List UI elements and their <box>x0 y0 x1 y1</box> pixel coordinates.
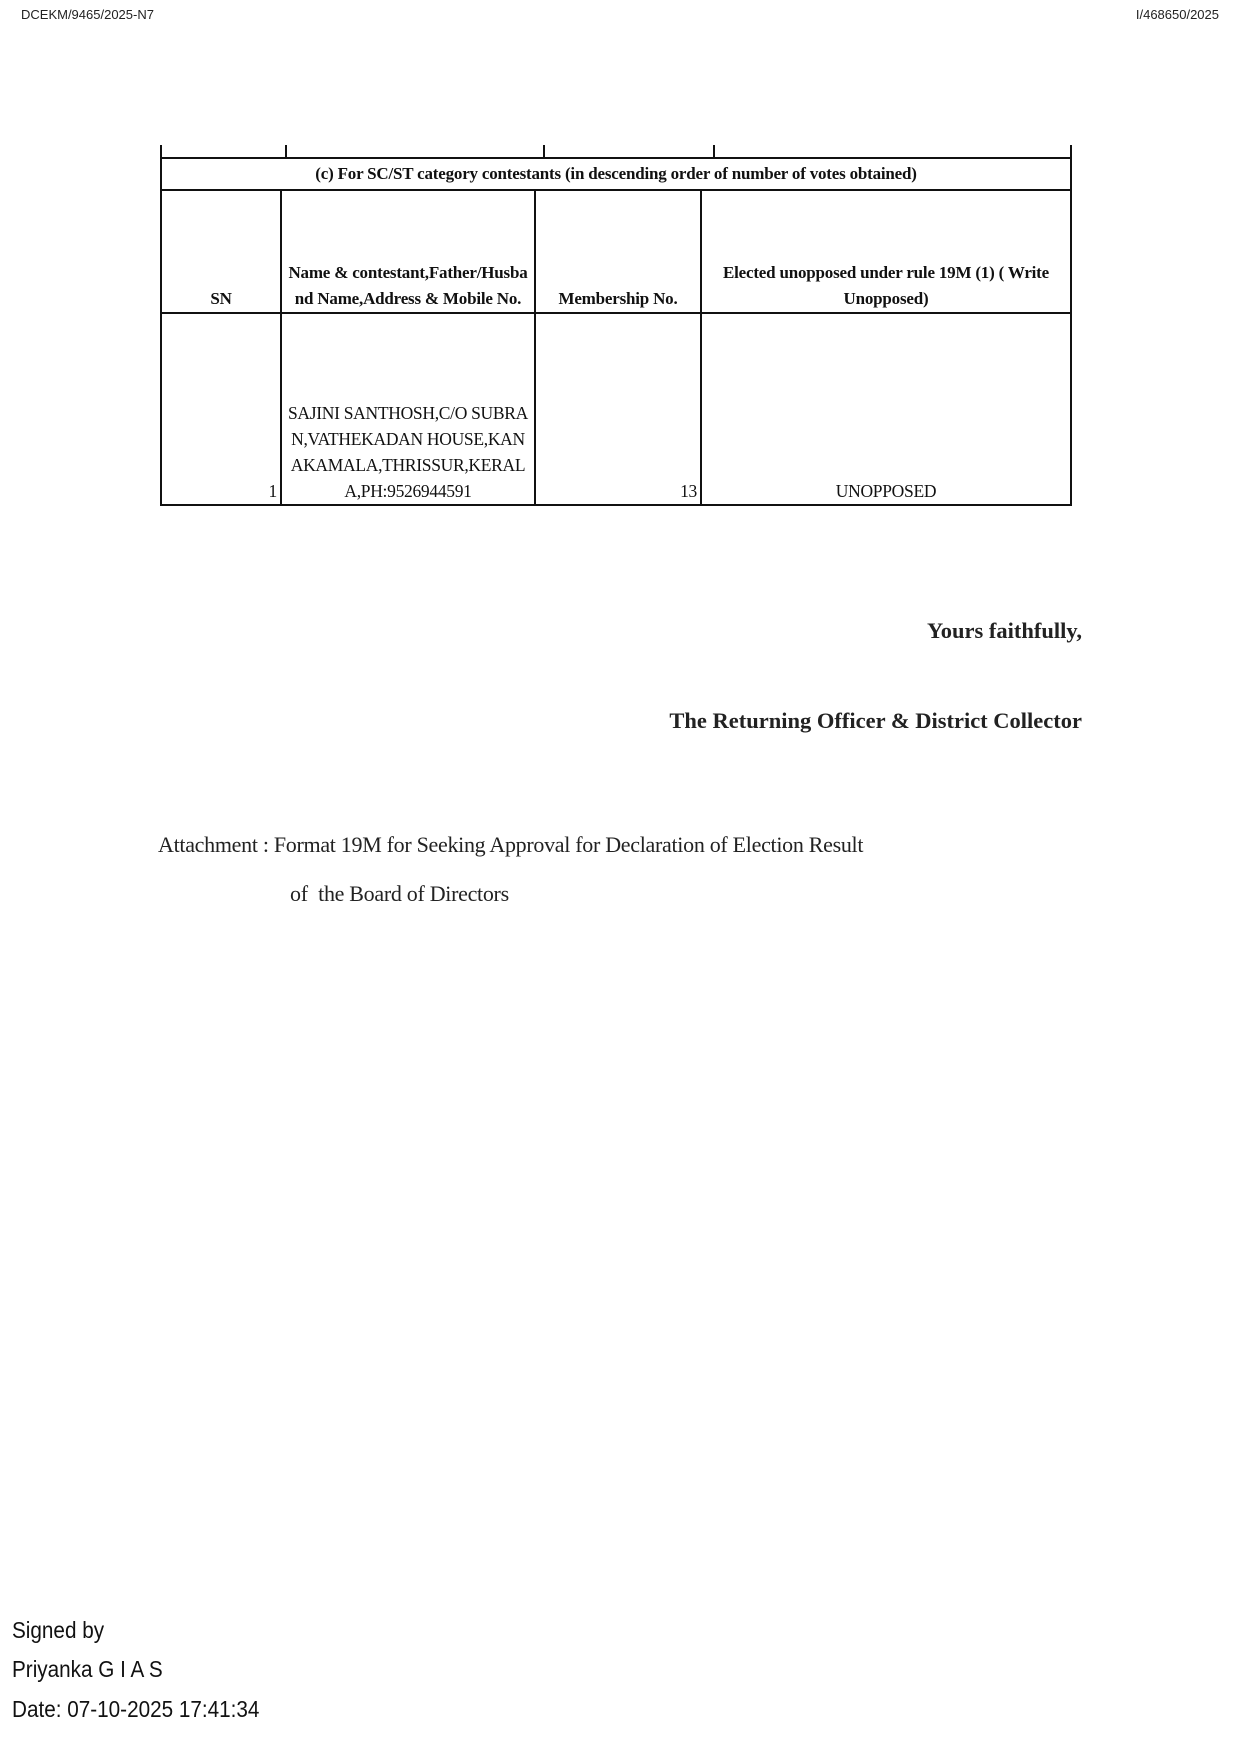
signatory-title: The Returning Officer & District Collect… <box>669 708 1082 734</box>
attachment-line-1: Attachment : Format 19M for Seeking Appr… <box>158 832 863 858</box>
signature-date: Date: 07-10-2025 17:41:34 <box>12 1696 259 1723</box>
cell-elected-status: UNOPPOSED <box>701 313 1071 505</box>
cell-membership-no: 13 <box>535 313 701 505</box>
signed-by-label: Signed by <box>12 1617 104 1644</box>
column-header-name: Name & contestant,Father/Husband Name,Ad… <box>281 190 535 313</box>
salutation: Yours faithfully, <box>927 618 1082 644</box>
attachment-line-2: of the Board of Directors <box>290 881 509 907</box>
column-header-elected: Elected unopposed under rule 19M (1) ( W… <box>701 190 1071 313</box>
results-table: (c) For SC/ST category contestants (in d… <box>160 157 1072 506</box>
cell-sn: 1 <box>161 313 281 505</box>
signer-name: Priyanka G I A S <box>12 1656 163 1683</box>
file-number: DCEKM/9465/2025-N7 <box>21 7 154 22</box>
reference-number: I/468650/2025 <box>1136 7 1219 22</box>
column-header-sn: SN <box>161 190 281 313</box>
column-header-row: SN Name & contestant,Father/Husband Name… <box>161 190 1071 313</box>
section-title: (c) For SC/ST category contestants (in d… <box>161 158 1071 190</box>
table-row: 1 SAJINI SANTHOSH,C/O SUBRAN,VATHEKADAN … <box>161 313 1071 505</box>
section-header-row: (c) For SC/ST category contestants (in d… <box>161 158 1071 190</box>
column-header-name-text: Name & contestant,Father/Husband Name,Ad… <box>288 263 527 308</box>
cell-name-address: SAJINI SANTHOSH,C/O SUBRAN,VATHEKADAN HO… <box>281 313 535 505</box>
column-header-membership: Membership No. <box>535 190 701 313</box>
